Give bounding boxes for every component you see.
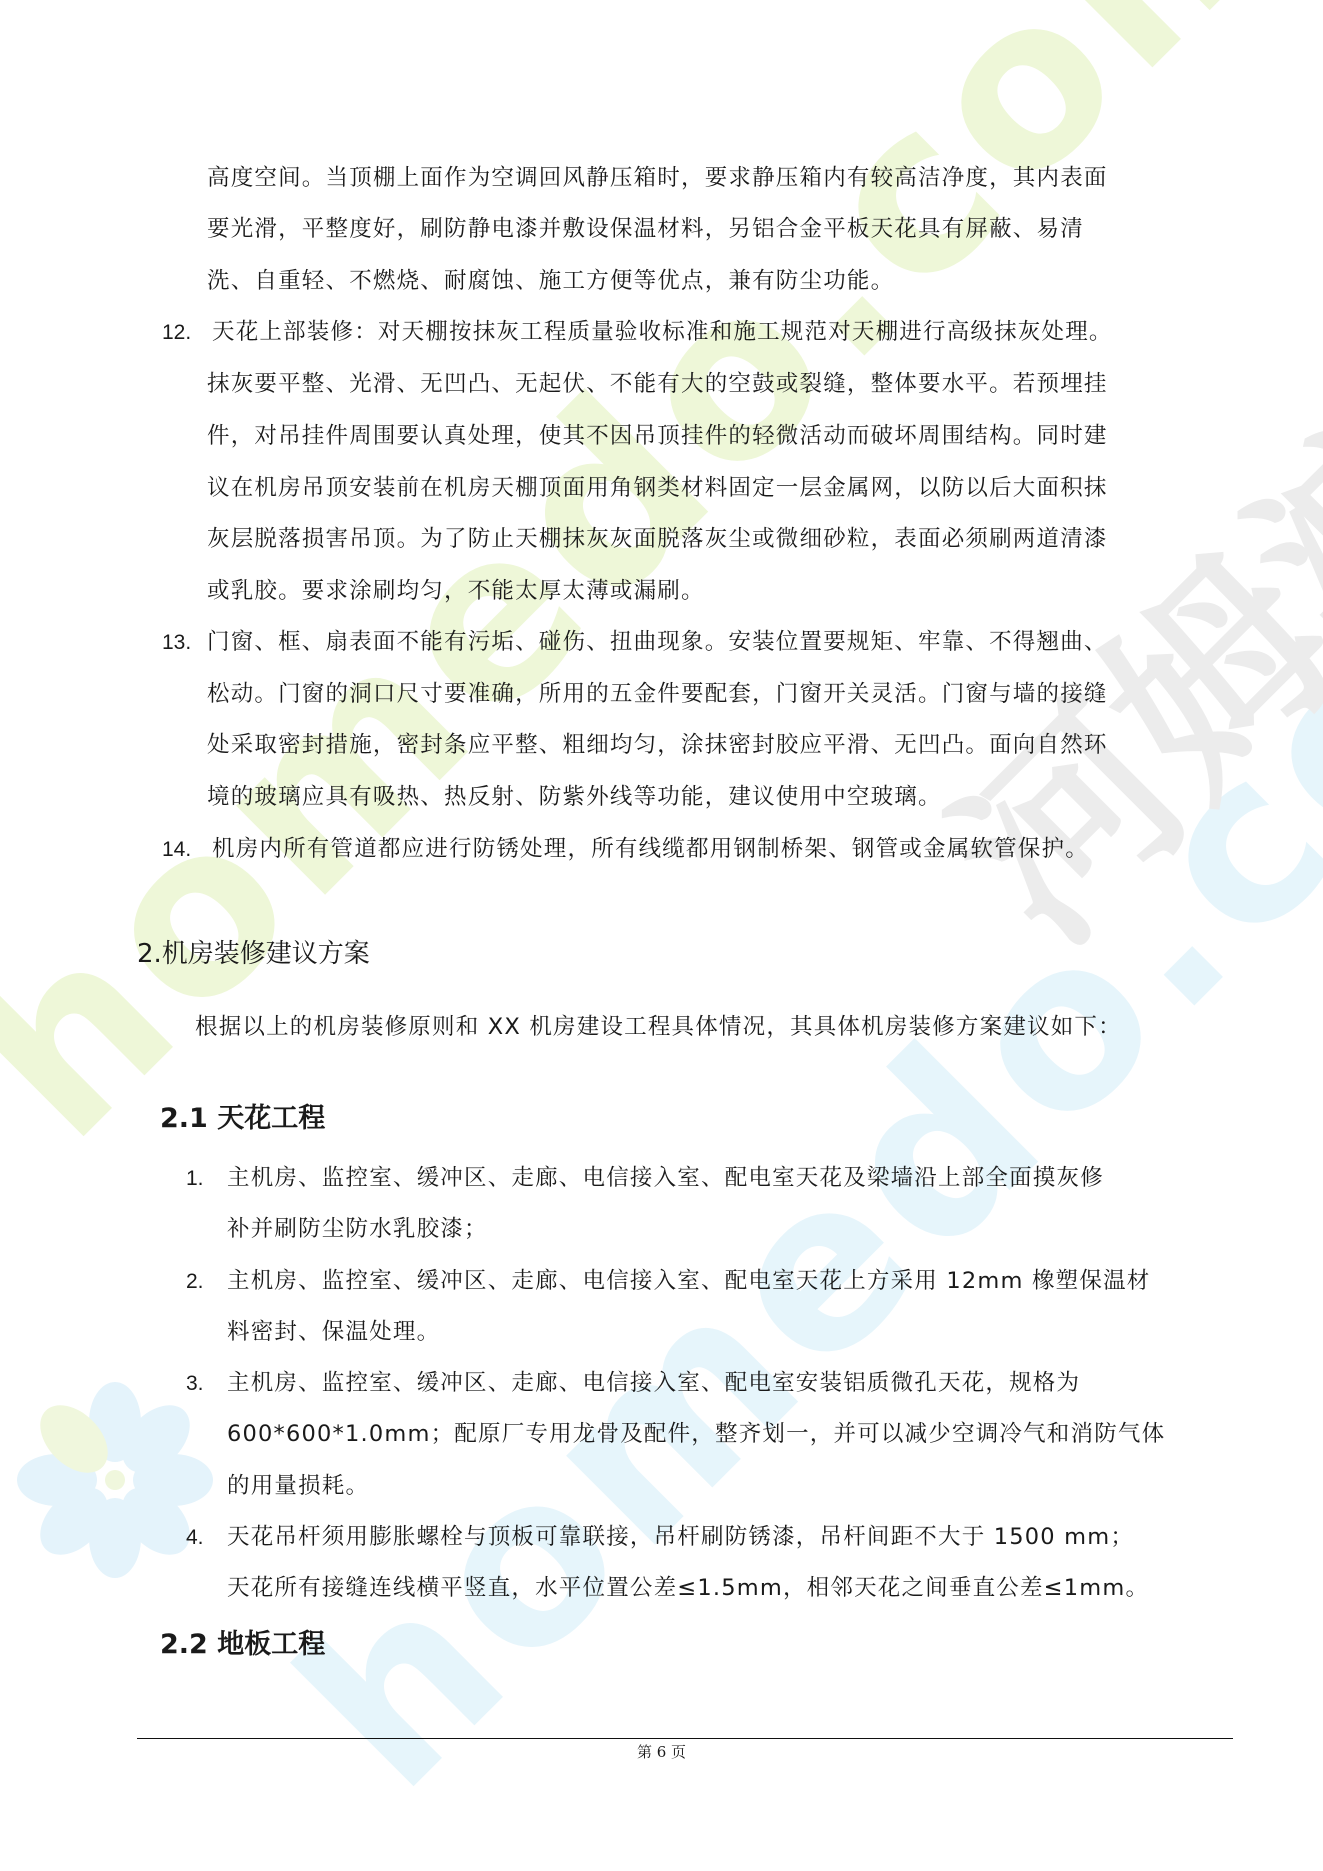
list-number: 3.	[186, 1369, 204, 1399]
section-heading-2-1: 2.1 天花工程	[160, 1102, 325, 1136]
section-heading-2-2: 2.2 地板工程	[160, 1628, 325, 1662]
list-number: 13.	[162, 628, 191, 658]
text-line: 抹灰要平整、光滑、无凹凸、无起伏、不能有大的空鼓或裂缝，整体要水平。若预埋挂	[207, 369, 1108, 399]
page-number: 第 6 页	[0, 1742, 1323, 1762]
text-line: 主机房、监控室、缓冲区、走廊、电信接入室、配电室安装铝质微孔天花，规格为	[227, 1368, 1080, 1398]
text-line: 天花吊杆须用膨胀螺栓与顶板可靠联接，吊杆刷防锈漆，吊杆间距不大于 1500 mm…	[227, 1522, 1134, 1552]
text-line: 天花所有接缝连线横平竖直，水平位置公差≤1.5mm，相邻天花之间垂直公差≤1mm…	[227, 1573, 1149, 1603]
list-number: 4.	[186, 1523, 204, 1553]
text-line: 或乳胶。要求涂刷均匀，不能太厚太薄或漏刷。	[207, 576, 705, 606]
text-line: 议在机房吊顶安装前在机房天棚顶面用角钢类材料固定一层金属网，以防以后大面积抹	[207, 473, 1108, 503]
list-number: 1.	[186, 1164, 204, 1194]
text-line: 洗、自重轻、不燃烧、耐腐蚀、施工方便等优点，兼有防尘功能。	[207, 266, 894, 296]
list-number: 2.	[186, 1267, 204, 1297]
text-line: 要光滑，平整度好，刷防静电漆并敷设保温材料，另铝合金平板天花具有屏蔽、易清	[207, 214, 1084, 244]
footer-divider	[137, 1738, 1233, 1739]
text-line: 料密封、保温处理。	[227, 1317, 440, 1347]
text-line: 天花上部装修：对天棚按抹灰工程质量验收标准和施工规范对天棚进行高级抹灰处理。	[212, 317, 1113, 347]
section-heading-2: 2.机房装修建议方案	[137, 937, 370, 971]
section-intro: 根据以上的机房装修原则和 XX 机房建设工程具体情况，其具体机房装修方案建议如下…	[195, 1012, 1122, 1042]
text-line: 境的玻璃应具有吸热、热反射、防紫外线等功能，建议使用中空玻璃。	[207, 782, 942, 812]
text-line: 补并刷防尘防水乳胶漆；	[227, 1214, 488, 1244]
list-number: 12.	[162, 318, 191, 348]
flower-logo-icon	[15, 1380, 215, 1580]
text-line: 灰层脱落损害吊顶。为了防止天棚抹灰灰面脱落灰尘或微细砂粒，表面必须刷两道清漆	[207, 524, 1108, 554]
text-line: 的用量损耗。	[227, 1471, 369, 1501]
list-number: 14.	[162, 835, 191, 865]
text-line: 主机房、监控室、缓冲区、走廊、电信接入室、配电室天花上方采用 12mm 橡塑保温…	[227, 1266, 1150, 1296]
text-line: 600*600*1.0mm；配原厂专用龙骨及配件，整齐划一，并可以减少空调冷气和…	[227, 1419, 1165, 1449]
text-line: 机房内所有管道都应进行防锈处理，所有线缆都用钢制桥架、钢管或金属软管保护。	[212, 834, 1089, 864]
text-line: 件，对吊挂件周围要认真处理，使其不因吊顶挂件的轻微活动而破坏周围结构。同时建	[207, 421, 1108, 451]
text-line: 高度空间。当顶棚上面作为空调回风静压箱时，要求静压箱内有较高洁净度，其内表面	[207, 163, 1108, 193]
watermark-site-text-blue: homedo.com	[250, 404, 1323, 1838]
text-line: 主机房、监控室、缓冲区、走廊、电信接入室、配电室天花及梁墙沿上部全面摸灰修	[227, 1163, 1104, 1193]
text-line: 门窗、框、扇表面不能有污垢、碰伤、扭曲现象。安装位置要规矩、牢靠、不得翘曲、	[207, 627, 1108, 657]
text-line: 处采取密封措施，密封条应平整、粗细均匀，涂抹密封胶应平滑、无凹凸。面向自然环	[207, 730, 1108, 760]
text-line: 松动。门窗的洞口尺寸要准确，所用的五金件要配套，门窗开关灵活。门窗与墙的接缝	[207, 679, 1108, 709]
